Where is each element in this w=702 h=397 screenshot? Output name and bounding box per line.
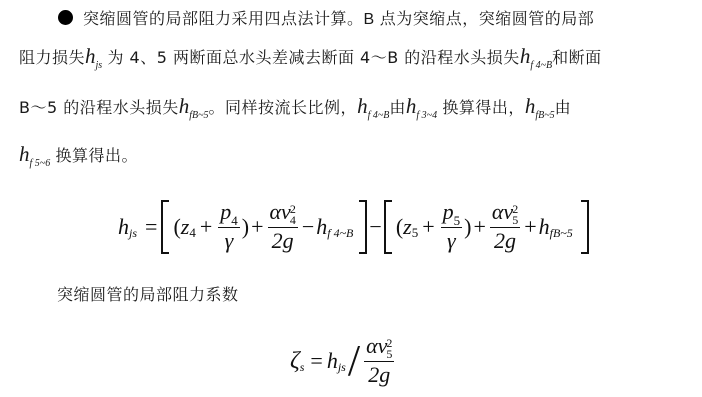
math-var-h: h bbox=[406, 94, 417, 118]
plus-sign: + bbox=[422, 214, 434, 240]
math-subscript: fB~5 bbox=[535, 110, 554, 121]
math-var-h: h bbox=[539, 214, 550, 240]
fraction-velocity-head-5: αv25 2g bbox=[490, 200, 520, 254]
plus-sign: + bbox=[473, 214, 485, 240]
math-var-gamma: γ bbox=[445, 228, 458, 254]
right-bracket bbox=[581, 200, 589, 254]
math-subscript: js bbox=[338, 360, 346, 375]
math-var-h: h bbox=[520, 44, 531, 68]
paragraph-line-1: 突缩圆管的局部阻力采用四点法计算。B 点为突缩点，突缩圆管的局部 bbox=[58, 6, 594, 29]
math-subscript: js bbox=[129, 226, 137, 241]
paragraph-line-4: hf 5~6 换算得出。 bbox=[19, 142, 138, 169]
minus-sign: − bbox=[302, 214, 314, 240]
paragraph-line-3: B～5 的沿程水头损失hfB~5。同样按流长比例，hf 4~B由hf 3~4 换… bbox=[19, 94, 571, 121]
math-var-gamma: γ bbox=[223, 228, 236, 254]
math-var-zeta: ζ bbox=[290, 348, 300, 375]
math-2g: 2g bbox=[492, 228, 518, 254]
math-subscript: fB~5 bbox=[189, 110, 208, 121]
math-subscript: 5 bbox=[386, 349, 392, 360]
caption-label: 突缩圆管的局部阻力系数 bbox=[57, 285, 239, 304]
math-var-h: h bbox=[118, 214, 129, 240]
formula-loss-coefficient: ζs = hjs / αv25 2g bbox=[290, 334, 396, 388]
math-subscript: 5 bbox=[412, 225, 419, 241]
text: 为 4、5 两断面总水头差减去断面 4～B 的沿程水头损失 bbox=[107, 48, 519, 67]
math-subscript: 4 bbox=[290, 215, 296, 226]
math-var-z: z bbox=[181, 214, 190, 240]
math-subscript: 5 bbox=[512, 215, 518, 226]
math-var-h: h bbox=[316, 214, 327, 240]
bullet-icon bbox=[58, 10, 73, 25]
math-subscript: f 4~B bbox=[368, 110, 390, 121]
left-bracket bbox=[384, 200, 392, 254]
text: 换算得出。 bbox=[55, 146, 138, 165]
text: 阻力损失 bbox=[19, 48, 85, 67]
open-paren: ( bbox=[173, 214, 180, 240]
fraction-p4-gamma: p4 γ bbox=[218, 200, 240, 254]
close-paren: ) bbox=[464, 214, 471, 240]
text: 点为突缩点，突缩圆管的局部 bbox=[374, 9, 594, 28]
math-subscript: f 4~B bbox=[530, 60, 552, 71]
fraction-velocity-head-5: αv25 2g bbox=[364, 334, 394, 388]
math-subscript: 4 bbox=[231, 213, 238, 228]
equals-sign: = bbox=[145, 214, 157, 240]
plus-sign: + bbox=[524, 214, 536, 240]
fraction-p5-gamma: p5 γ bbox=[441, 200, 463, 254]
math-subscript: 5 bbox=[454, 213, 461, 228]
math-subscript: s bbox=[300, 360, 305, 375]
slash: / bbox=[348, 339, 360, 383]
math-subscript: f 3~4 bbox=[416, 110, 437, 121]
math-var-h: h bbox=[19, 142, 30, 166]
math-var-h: h bbox=[525, 94, 536, 118]
math-var-h: h bbox=[357, 94, 368, 118]
text: 。同样按流长比例， bbox=[209, 98, 358, 117]
math-subscript: f 5~6 bbox=[30, 158, 51, 169]
math-subscript: 4 bbox=[189, 225, 196, 241]
math-var-h: h bbox=[327, 348, 338, 374]
text: 和断面 bbox=[552, 48, 602, 67]
text: 突缩圆管的局部阻力采用四点法计算。 bbox=[83, 9, 364, 28]
math-subscript: fB~5 bbox=[550, 226, 573, 241]
plus-sign: + bbox=[251, 214, 263, 240]
math-2g: 2g bbox=[366, 362, 392, 388]
text: B bbox=[364, 11, 375, 28]
close-paren: ) bbox=[242, 214, 249, 240]
right-bracket bbox=[359, 200, 367, 254]
math-alpha-v: αv bbox=[366, 333, 387, 358]
text: 由 bbox=[555, 98, 572, 117]
caption-text: 突缩圆管的局部阻力系数 bbox=[57, 282, 239, 305]
text: 由 bbox=[389, 98, 406, 117]
math-var-h: h bbox=[179, 94, 190, 118]
math-var-p: p bbox=[443, 199, 454, 224]
formula-head-loss: hjs = ( z4 + p4 γ ) + αv24 2g − hf 4~B −… bbox=[118, 200, 589, 254]
plus-sign: + bbox=[200, 214, 212, 240]
math-alpha-v: αv bbox=[270, 199, 291, 224]
paragraph-line-2: 阻力损失hjs 为 4、5 两断面总水头差减去断面 4～B 的沿程水头损失hf … bbox=[19, 44, 602, 71]
math-subscript: f 4~B bbox=[327, 226, 353, 241]
math-subscript: js bbox=[96, 60, 103, 71]
math-var-h: h bbox=[85, 44, 96, 68]
minus-sign: − bbox=[369, 214, 381, 240]
equals-sign: = bbox=[310, 348, 322, 374]
left-bracket bbox=[161, 200, 169, 254]
text: 换算得出， bbox=[442, 98, 525, 117]
fraction-velocity-head-4: αv24 2g bbox=[268, 200, 298, 254]
math-var-z: z bbox=[403, 214, 412, 240]
math-2g: 2g bbox=[270, 228, 296, 254]
math-alpha-v: αv bbox=[492, 199, 513, 224]
text: B～5 的沿程水头损失 bbox=[19, 98, 179, 117]
math-var-p: p bbox=[220, 199, 231, 224]
